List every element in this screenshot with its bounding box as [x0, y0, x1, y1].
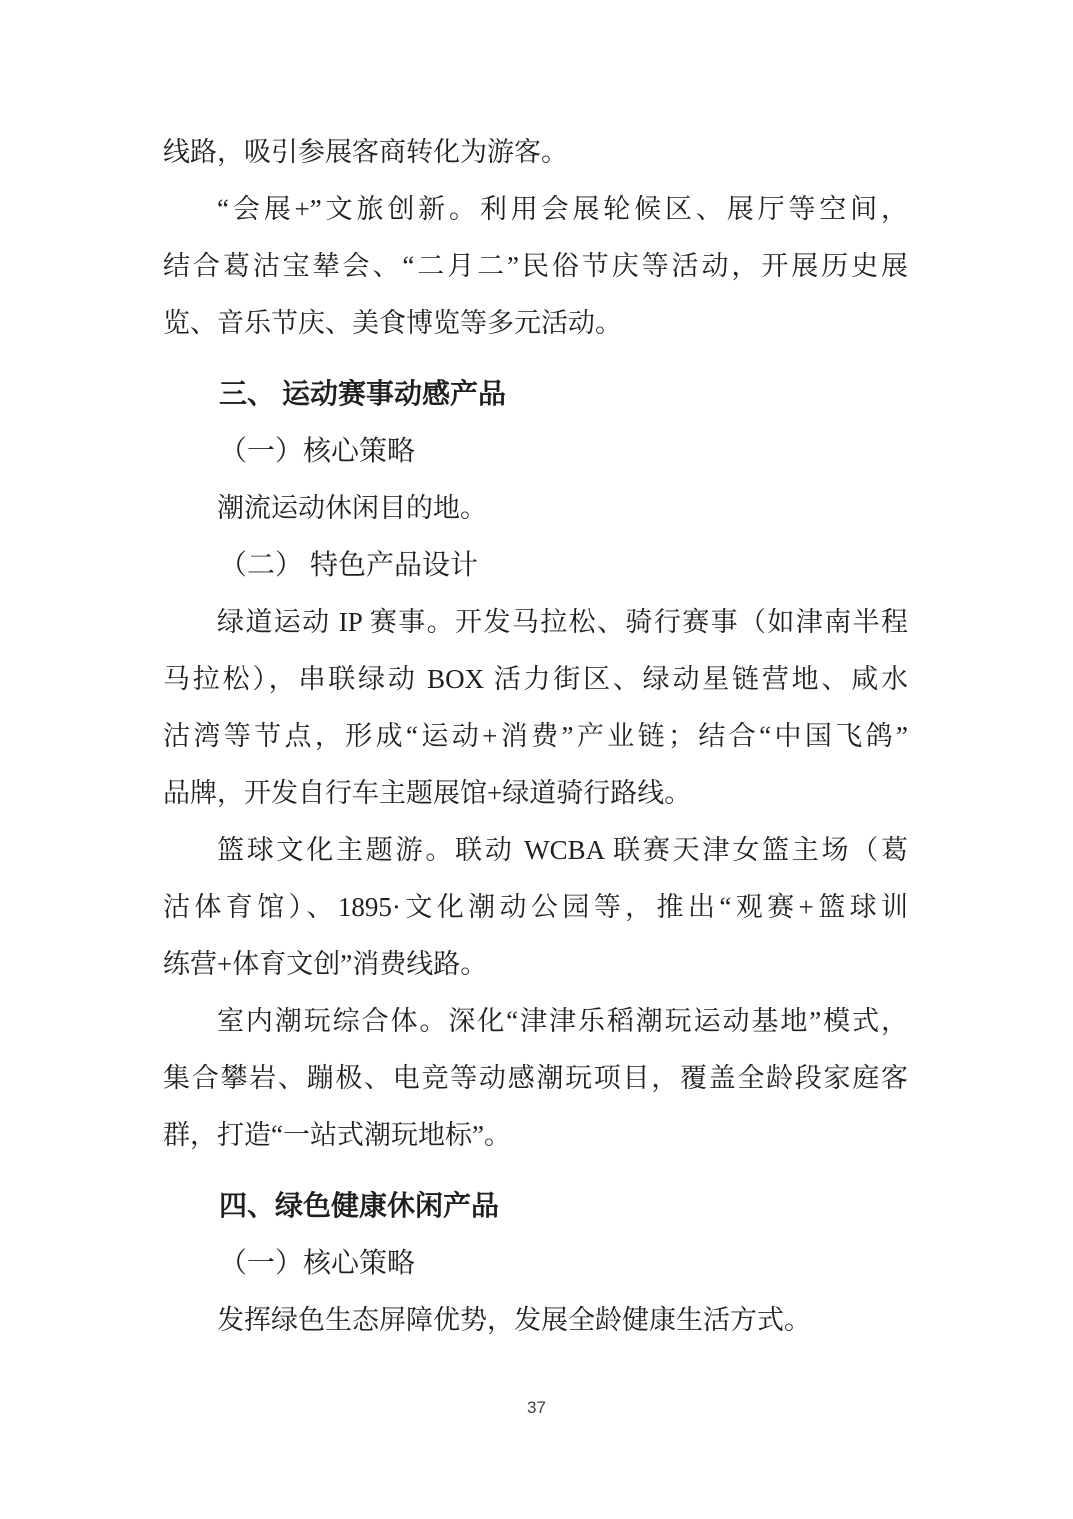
- section-heading: （一）核心策略: [163, 1235, 908, 1292]
- section-heading: （二） 特色产品设计: [163, 537, 908, 594]
- text-line: 绿道运动 IP 赛事。开发马拉松、骑行赛事（如津南半程: [163, 594, 908, 651]
- page-number: 37: [0, 1398, 1073, 1418]
- text-line: 线路，吸引参展客商转化为游客。: [163, 124, 908, 181]
- section-heading: 四、绿色健康休闲产品: [163, 1178, 908, 1235]
- text-line: 发挥绿色生态屏障优势，发展全龄健康生活方式。: [163, 1292, 908, 1349]
- text-line: 马拉松），串联绿动 BOX 活力街区、绿动星链营地、咸水: [163, 651, 908, 708]
- text-line: 沽湾等节点，形成“运动+消费”产业链；结合“中国飞鸽”: [163, 708, 908, 765]
- section-heading: （一）核心策略: [163, 423, 908, 480]
- text-line: 练营+体育文创”消费线路。: [163, 936, 908, 993]
- text-line: 览、音乐节庆、美食博览等多元活动。: [163, 295, 908, 352]
- section-heading: 三、 运动赛事动感产品: [163, 366, 908, 423]
- document-page: 线路，吸引参展客商转化为游客。“会展+”文旅创新。利用会展轮候区、展厅等空间，结…: [0, 0, 1073, 1519]
- text-line: 集合攀岩、蹦极、电竞等动感潮玩项目，覆盖全龄段家庭客: [163, 1050, 908, 1107]
- text-line: 群，打造“一站式潮玩地标”。: [163, 1107, 908, 1164]
- text-line: 品牌，开发自行车主题展馆+绿道骑行路线。: [163, 765, 908, 822]
- document-body: 线路，吸引参展客商转化为游客。“会展+”文旅创新。利用会展轮候区、展厅等空间，结…: [163, 124, 908, 1349]
- text-line: 篮球文化主题游。联动 WCBA 联赛天津女篮主场（葛: [163, 822, 908, 879]
- text-line: 结合葛沽宝辇会、“二月二”民俗节庆等活动，开展历史展: [163, 238, 908, 295]
- text-line: “会展+”文旅创新。利用会展轮候区、展厅等空间，: [163, 181, 908, 238]
- text-line: 沽体育馆）、1895·文化潮动公园等，推出“观赛+篮球训: [163, 879, 908, 936]
- text-line: 室内潮玩综合体。深化“津津乐稻潮玩运动基地”模式，: [163, 993, 908, 1050]
- text-line: 潮流运动休闲目的地。: [163, 480, 908, 537]
